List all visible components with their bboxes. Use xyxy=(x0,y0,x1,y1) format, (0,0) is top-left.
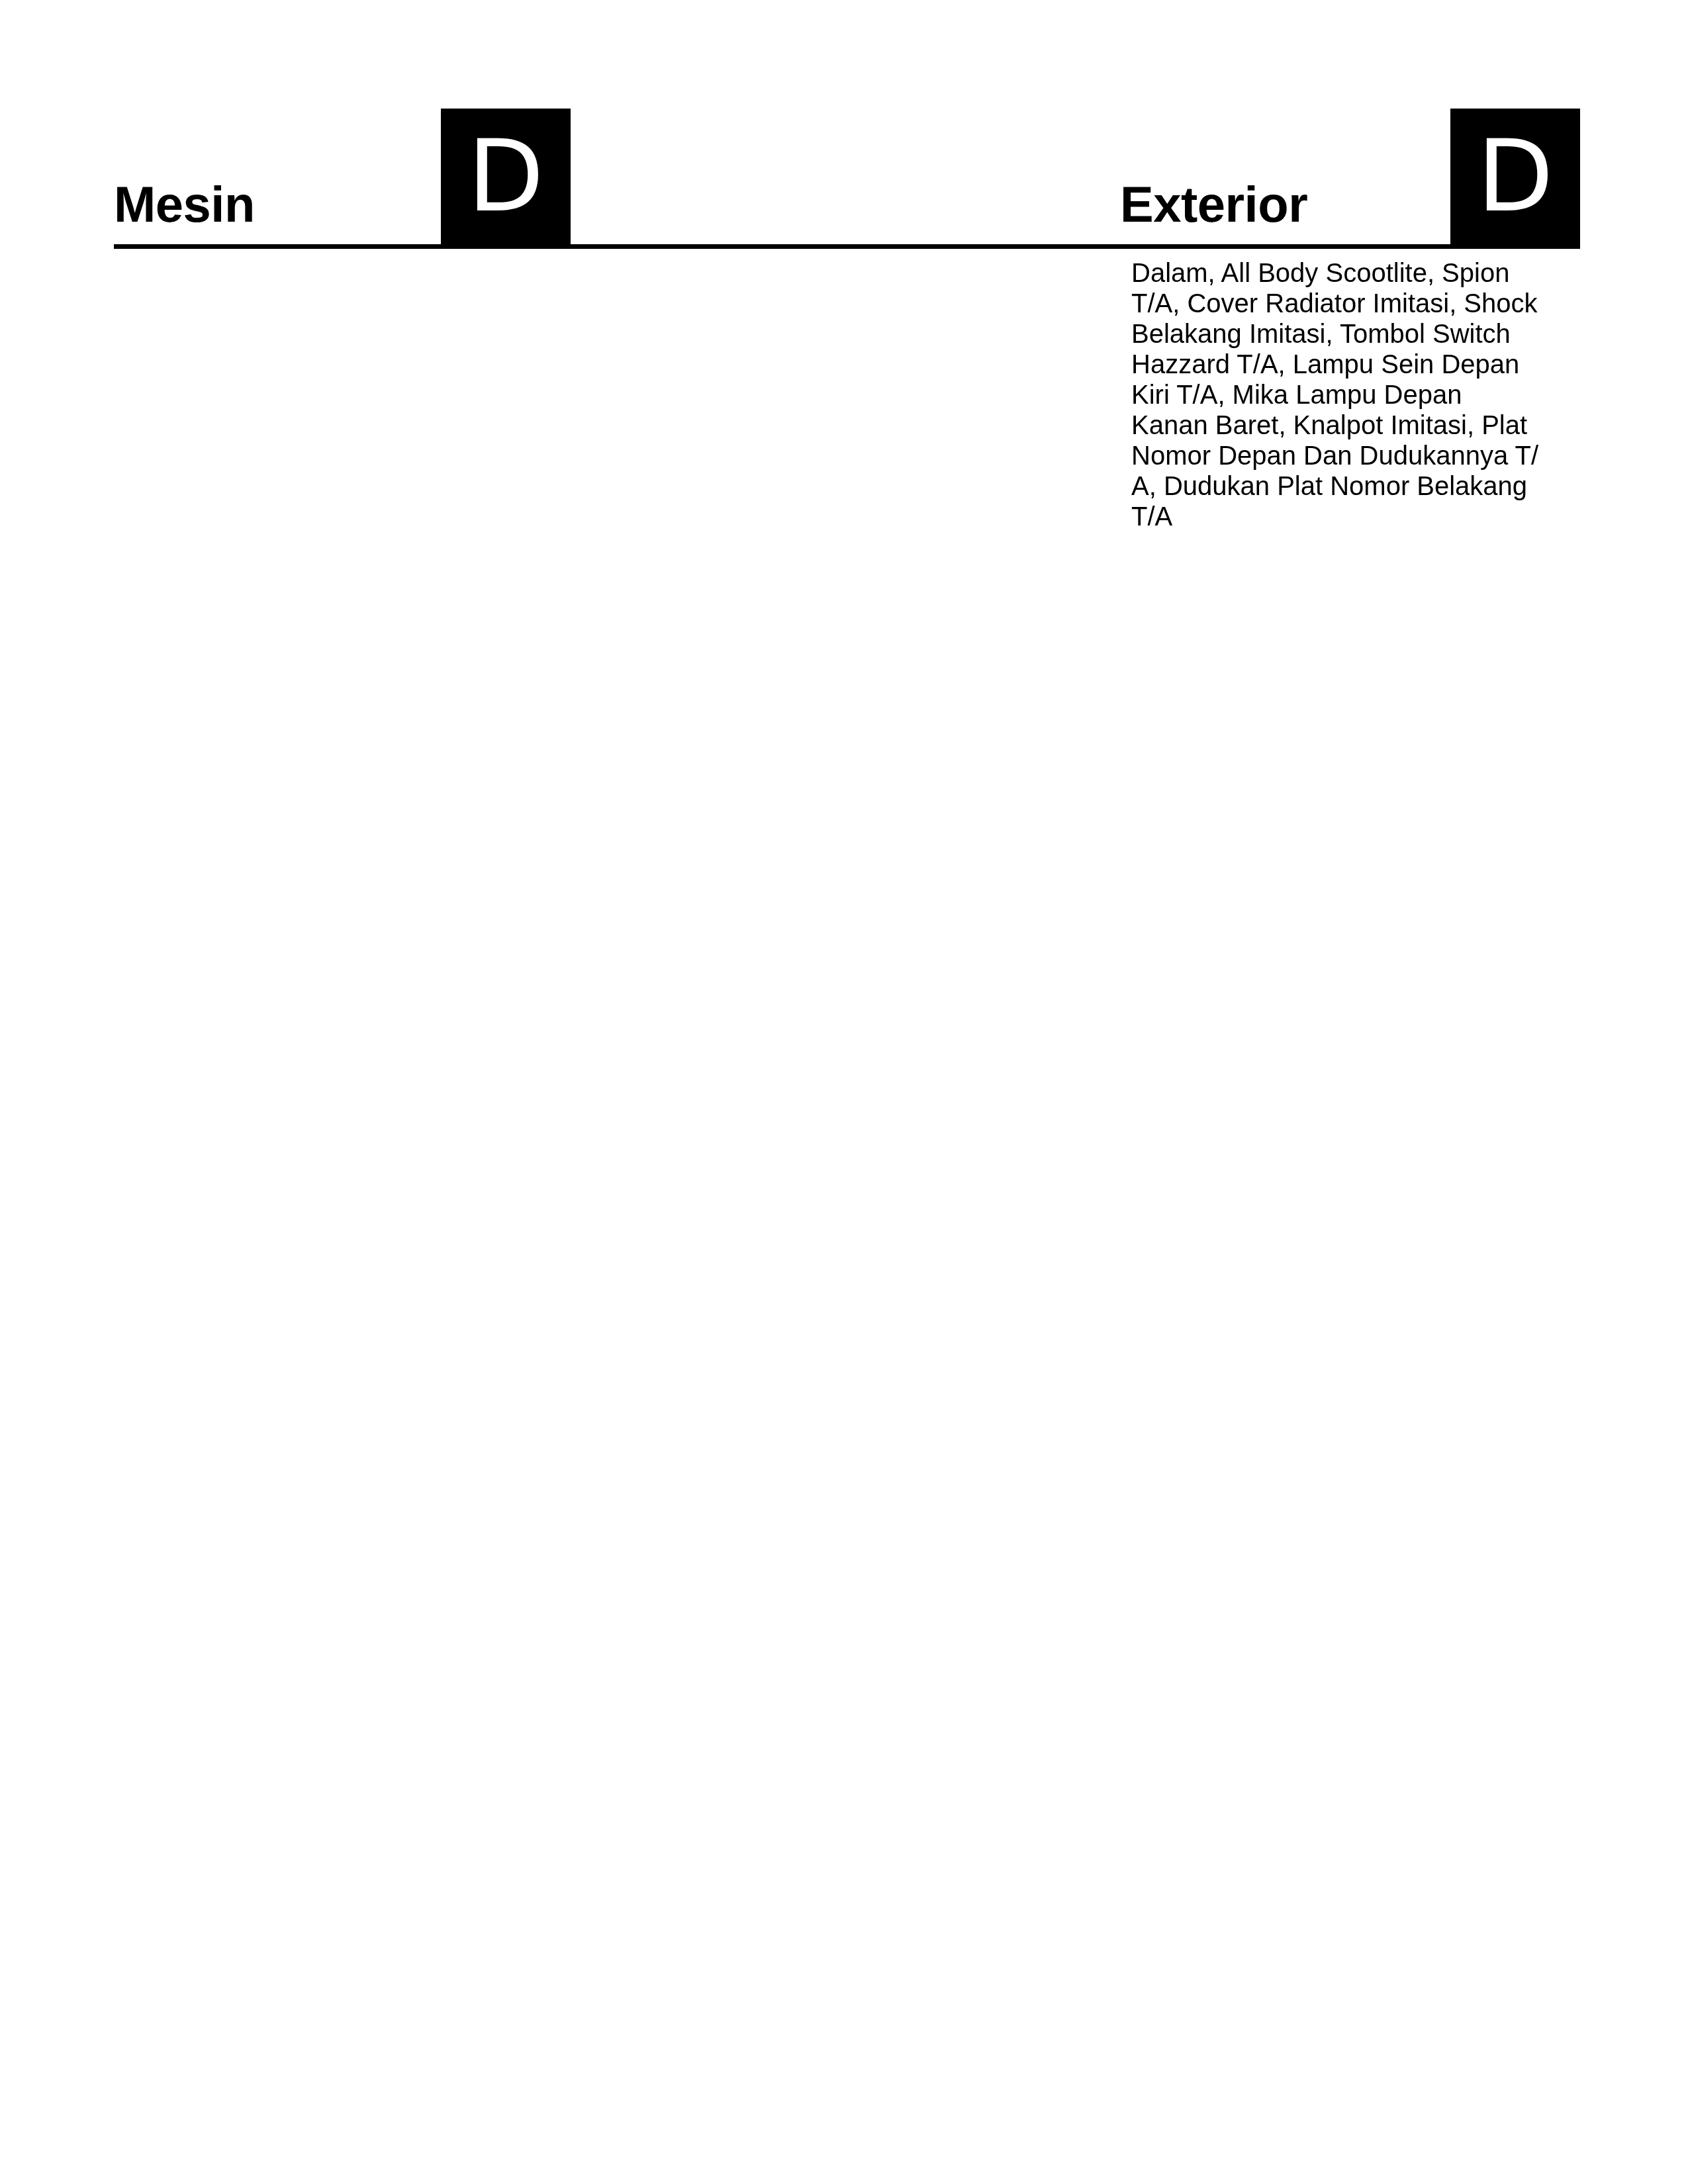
exterior-description: Dalam, All Body Scootlite, Spion T/A, Co… xyxy=(1131,258,1581,532)
grade-letter-mesin: D xyxy=(467,127,544,226)
description-line: Hazzard T/A, Lampu Sein Depan xyxy=(1131,349,1581,380)
description-line: Kanan Baret, Knalpot Imitasi, Plat xyxy=(1131,410,1581,441)
grade-letter-exterior: D xyxy=(1477,127,1554,226)
section-title-mesin: Mesin xyxy=(114,180,255,230)
section-title-exterior: Exterior xyxy=(1120,180,1307,230)
grade-badge-exterior: D xyxy=(1450,109,1580,249)
description-line: A, Dudukan Plat Nomor Belakang xyxy=(1131,471,1581,502)
description-line: Dalam, All Body Scootlite, Spion xyxy=(1131,258,1581,289)
description-line: T/A, Cover Radiator Imitasi, Shock xyxy=(1131,289,1581,319)
header-divider xyxy=(114,244,1580,249)
description-line: Kiri T/A, Mika Lampu Depan xyxy=(1131,380,1581,410)
description-line: T/A xyxy=(1131,502,1581,532)
description-line: Belakang Imitasi, Tombol Switch xyxy=(1131,319,1581,349)
description-line: Nomor Depan Dan Dudukannya T/ xyxy=(1131,441,1581,471)
grade-badge-mesin: D xyxy=(441,109,571,248)
